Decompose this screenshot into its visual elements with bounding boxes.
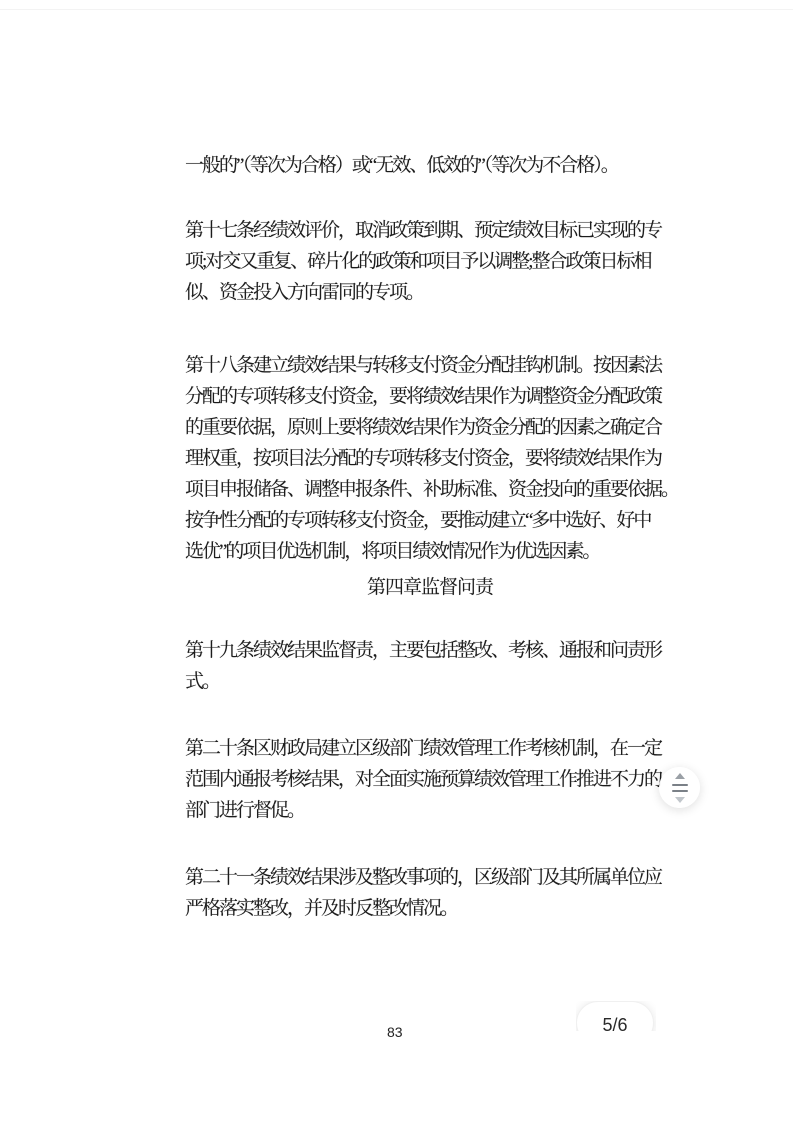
page-indicator-text: 5/6 bbox=[577, 1002, 653, 1031]
text-line: 第十七条经绩效评价，取消政策到期、预定绩效目标已实现的专 bbox=[185, 215, 661, 246]
text-line: 似、资金投入方向雷同的专项。 bbox=[185, 277, 661, 308]
text-line: 按争性分配的专项转移支付资金，要推动建立“多中选好、好中 bbox=[185, 505, 678, 536]
page-indicator-pill: 5/6 bbox=[576, 1001, 656, 1031]
text-line: 第十九条绩效结果监督责，主要包括整改、考核、通报和问责形 bbox=[185, 635, 661, 666]
text-line: 的重要依据，原则上要将绩效结果作为资金分配的因素之确定合 bbox=[185, 412, 678, 443]
handle-bar-icon bbox=[672, 784, 688, 786]
chevron-down-icon bbox=[675, 797, 685, 803]
text-line: 部门进行督促。 bbox=[185, 795, 661, 826]
scroll-handle[interactable] bbox=[659, 767, 700, 808]
text-line: 第二十条区财政局建立区级部门绩效管理工作考核机制，在一定 bbox=[185, 733, 661, 764]
pill-background: 5/6 bbox=[576, 1001, 654, 1031]
paragraph-article-18: 第十八条建立绩效结果与转移支付资金分配挂钩机制。按因素法 分配的专项转移支付资金… bbox=[185, 350, 678, 567]
chevron-up-icon bbox=[675, 773, 685, 779]
paragraph-article-19: 第十九条绩效结果监督责，主要包括整改、考核、通报和问责形 式。 bbox=[185, 635, 661, 697]
text-line: 项;对交又重复、碎片化的政策和项目予以调整;整合政策日标相 bbox=[185, 246, 661, 277]
text-line: 第二十一条绩效结果涉及整改事项的，区级部门及其所属单位应 bbox=[185, 862, 661, 893]
document-page: 一般的”（等次为合格）或“无效、低效的”（等次为不合格）。 第十七条经绩效评价，… bbox=[0, 0, 793, 1122]
paragraph-closing: 一般的”（等次为合格）或“无效、低效的”（等次为不合格）。 bbox=[185, 150, 618, 181]
text-line: 一般的”（等次为合格）或“无效、低效的”（等次为不合格）。 bbox=[185, 150, 618, 181]
text-line: 式。 bbox=[185, 666, 661, 697]
chapter-4-heading: 第四章监督问责 bbox=[185, 572, 675, 603]
text-line: 理权重，按项目法分配的专项转移支付资金，要将绩效结果作为 bbox=[185, 443, 678, 474]
text-line: 范围内通报考核结果，对全面实施预算绩效管理工作推进不力的 bbox=[185, 764, 661, 795]
top-divider bbox=[0, 9, 793, 10]
paragraph-article-21: 第二十一条绩效结果涉及整改事项的，区级部门及其所属单位应 严格落实整改，并及时反… bbox=[185, 862, 661, 924]
heading-text: 第四章监督问责 bbox=[185, 572, 675, 603]
paragraph-article-20: 第二十条区财政局建立区级部门绩效管理工作考核机制，在一定 范围内通报考核结果，对… bbox=[185, 733, 661, 826]
page-number: 83 bbox=[387, 1024, 403, 1040]
text-line: 第十八条建立绩效结果与转移支付资金分配挂钩机制。按因素法 bbox=[185, 350, 678, 381]
handle-bar-icon bbox=[672, 790, 688, 792]
paragraph-article-17: 第十七条经绩效评价，取消政策到期、预定绩效目标已实现的专 项;对交又重复、碎片化… bbox=[185, 215, 661, 308]
text-line: 严格落实整改，并及时反整改情况。 bbox=[185, 893, 661, 924]
text-line: 分配的专项转移支付资金，要将绩效结果作为调整资金分配政策 bbox=[185, 381, 678, 412]
text-line: 项目申报储备、调整申报条件、补助标准、资金投向的重要依据。 bbox=[185, 474, 678, 505]
text-line: 选优”的项目优选机制，将项目绩效情况作为优选因素。 bbox=[185, 536, 678, 567]
